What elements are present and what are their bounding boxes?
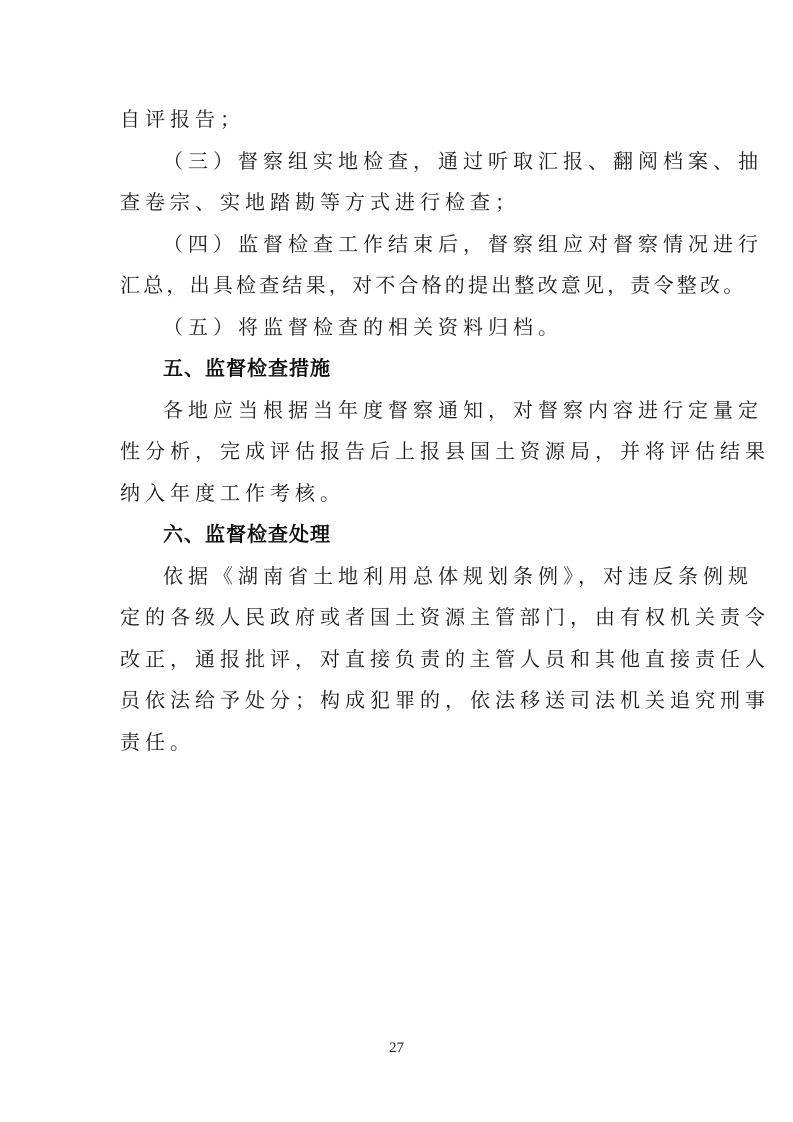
text-line: 定的各级人民政府或者国土资源主管部门，由有权机关责令 xyxy=(120,602,680,644)
text-line: 查卷宗、实地踏勘等方式进行检查； xyxy=(120,187,680,229)
text-line: 依据《湖南省土地利用总体规划条例》，对违反条例规 xyxy=(120,561,680,603)
text-line: 性分析，完成评估报告后上报县国土资源局，并将评估结果 xyxy=(120,436,680,478)
text-line: （三）督察组实地检查，通过听取汇报、翻阅档案、抽 xyxy=(120,146,680,188)
text-line: 各地应当根据当年度督察通知，对督察内容进行定量定 xyxy=(120,395,680,437)
text-line: 责任。 xyxy=(120,727,680,769)
section-heading-5: 五、监督检查措施 xyxy=(120,353,680,395)
text-line: 员依法给予处分；构成犯罪的，依法移送司法机关追究刑事 xyxy=(120,685,680,727)
paragraph-item-3: （三）督察组实地检查，通过听取汇报、翻阅档案、抽 查卷宗、实地踏勘等方式进行检查… xyxy=(120,146,680,229)
paragraph-continuation: 自评报告； xyxy=(120,104,680,146)
document-body: 自评报告； （三）督察组实地检查，通过听取汇报、翻阅档案、抽 查卷宗、实地踏勘等… xyxy=(120,104,680,768)
page-number: 27 xyxy=(0,1040,793,1057)
document-page: 自评报告； （三）督察组实地检查，通过听取汇报、翻阅档案、抽 查卷宗、实地踏勘等… xyxy=(0,0,793,1122)
text-line: （四）监督检查工作结束后，督察组应对督察情况进行 xyxy=(120,229,680,271)
section-heading-6: 六、监督检查处理 xyxy=(120,519,680,561)
text-line: 纳入年度工作考核。 xyxy=(120,478,680,520)
paragraph-handling: 依据《湖南省土地利用总体规划条例》，对违反条例规 定的各级人民政府或者国土资源主… xyxy=(120,561,680,769)
paragraph-measures: 各地应当根据当年度督察通知，对督察内容进行定量定 性分析，完成评估报告后上报县国… xyxy=(120,395,680,520)
text-line: （五）将监督检查的相关资料归档。 xyxy=(120,312,680,354)
paragraph-item-5: （五）将监督检查的相关资料归档。 xyxy=(120,312,680,354)
text-line: 改正，通报批评，对直接负责的主管人员和其他直接责任人 xyxy=(120,644,680,686)
paragraph-item-4: （四）监督检查工作结束后，督察组应对督察情况进行 汇总，出具检查结果，对不合格的… xyxy=(120,229,680,312)
text-line: 自评报告； xyxy=(120,104,680,146)
text-line: 汇总，出具检查结果，对不合格的提出整改意见，责令整改。 xyxy=(120,270,680,312)
